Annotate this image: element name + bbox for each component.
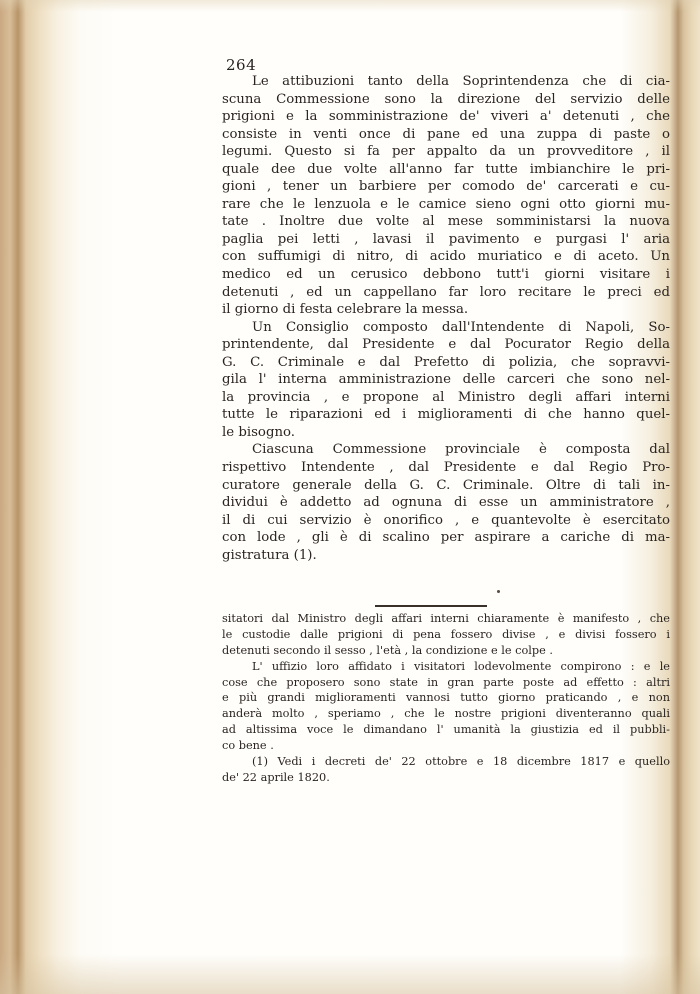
page-number: 264 <box>226 56 256 74</box>
footnote-line: cose che proposero sono state in gran pa… <box>222 675 670 691</box>
text-line: con suffumigi di nitro, di acido muriati… <box>222 248 670 266</box>
text-line: scuna Commessione sono la direzione del … <box>222 91 670 109</box>
text-line: Un Consiglio composto dall'Intendente di… <box>222 319 670 337</box>
footnote-line: sitatori dal Ministro degli affari inter… <box>222 611 670 627</box>
ink-speck <box>497 590 500 593</box>
text-line: prigioni e la somministrazione de' viver… <box>222 108 670 126</box>
text-line: paglia pei letti , lavasi il pavimento e… <box>222 231 670 249</box>
text-line: consiste in venti once di pane ed una zu… <box>222 126 670 144</box>
footnote-line: ad altissima voce le dimandano l' umanit… <box>222 722 670 738</box>
paragraph-2: Un Consiglio composto dall'Intendente di… <box>222 319 670 442</box>
text-line: Ciascuna Commessione provinciale è compo… <box>222 441 670 459</box>
footnote-line: e più grandi miglioramenti vannosi tutto… <box>222 690 670 706</box>
text-line: con lode , gli è di scalino per aspirare… <box>222 529 670 547</box>
text-line: printendente, dal Presidente e dal Pocur… <box>222 336 670 354</box>
text-line: gistratura (1). <box>222 547 670 565</box>
text-line: gila l' interna amministrazione delle ca… <box>222 371 670 389</box>
text-line: il di cui servizio è onorifico , e quant… <box>222 512 670 530</box>
text-line: detenuti , ed un cappellano far loro rec… <box>222 284 670 302</box>
text-line: rare che le lenzuola e le camice sieno o… <box>222 196 670 214</box>
text-line: rispettivo Intendente , dal Presidente e… <box>222 459 670 477</box>
text-line: legumi. Questo si fa per appalto da un p… <box>222 143 670 161</box>
top-edge-shade <box>0 0 700 12</box>
text-line: quale dee due volte all'anno far tutte i… <box>222 161 670 179</box>
text-line: tutte le riparazioni ed i miglioramenti … <box>222 406 670 424</box>
footnotes: sitatori dal Ministro degli affari inter… <box>222 611 670 786</box>
text-line: il giorno di festa celebrare la messa. <box>222 301 670 319</box>
footnote-line: L' uffizio loro affidato i visitatori lo… <box>222 659 670 675</box>
text-line: tate . Inoltre due volte al mese sommini… <box>222 213 670 231</box>
bottom-edge-shade <box>0 954 700 994</box>
text-line: la provincia , e propone al Ministro deg… <box>222 389 670 407</box>
footnote-line: le custodie dalle prigioni di pena fosse… <box>222 627 670 643</box>
footnote-continuation: sitatori dal Ministro degli affari inter… <box>222 611 670 659</box>
paragraph-3: Ciascuna Commessione provinciale è compo… <box>222 441 670 564</box>
text-line: curatore generale della G. C. Criminale.… <box>222 477 670 495</box>
text-line: dividui è addetto ad ognuna di esse un a… <box>222 494 670 512</box>
footnote-line: detenuti secondo il sesso , l'età , la c… <box>222 643 670 659</box>
text-line: gioni , tener un barbiere per comodo de'… <box>222 178 670 196</box>
text-line: G. C. Criminale e dal Prefetto di polizi… <box>222 354 670 372</box>
footnote-separator-rule <box>375 605 487 607</box>
footnote-line: anderà molto , speriamo , che le nostre … <box>222 706 670 722</box>
footnote-paragraph: L' uffizio loro affidato i visitatori lo… <box>222 659 670 754</box>
footnote-1: (1) Vedi i decreti de' 22 ottobre e 18 d… <box>222 754 670 786</box>
text-line: medico ed un cerusico debbono tutt'i gio… <box>222 266 670 284</box>
text-line: le bisogno. <box>222 424 670 442</box>
main-text-body: Le attibuzioni tanto della Soprintendenz… <box>222 73 670 564</box>
footnote-line: de' 22 aprile 1820. <box>222 770 670 786</box>
paragraph-1: Le attibuzioni tanto della Soprintendenz… <box>222 73 670 319</box>
footnote-line: (1) Vedi i decreti de' 22 ottobre e 18 d… <box>222 754 670 770</box>
footnote-line: co bene . <box>222 738 670 754</box>
book-page: 264 Le attibuzioni tanto della Soprinten… <box>0 0 700 994</box>
text-line: Le attibuzioni tanto della Soprintendenz… <box>222 73 670 91</box>
